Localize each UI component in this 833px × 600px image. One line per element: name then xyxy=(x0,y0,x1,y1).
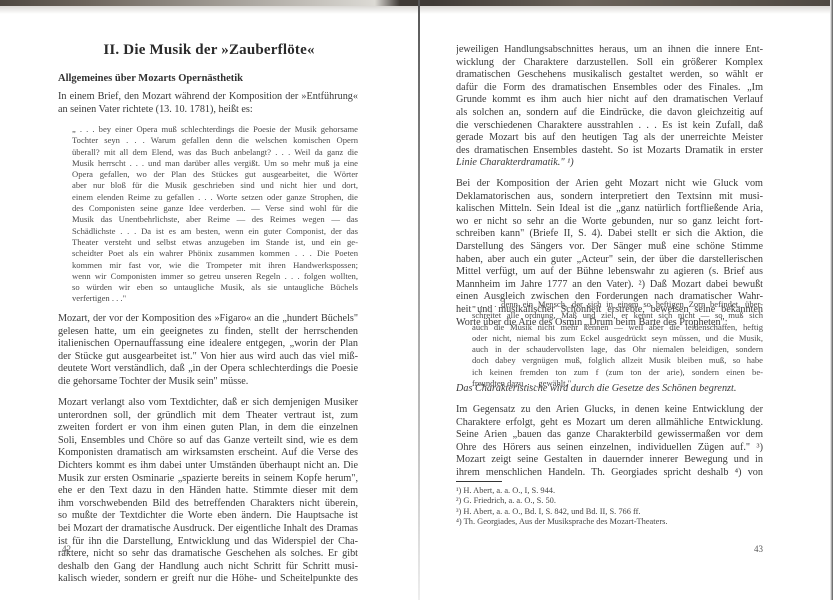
quote-line: Musik herrscht . . . und man darüber all… xyxy=(72,158,358,169)
quote-line: oder nicht, niemal bis zum Eckel ausgedr… xyxy=(472,333,763,344)
quote-line: auch die Musik nicht mehr kennen — weil … xyxy=(472,322,763,333)
quote-line: überall? mit all dem Elend, was das Buch… xyxy=(72,147,358,158)
quote-line: verfertigen . . ." xyxy=(72,293,358,304)
quote-line: Opera gefallen, wo der Plan des Stückes … xyxy=(72,169,358,180)
text-line: dramatischen Geschehens musikalisch gest… xyxy=(456,69,763,82)
footnote: ⁴) Th. Georgiades, Aus der Musiksprache … xyxy=(456,517,763,527)
text-line: kalisch wieder, sondern er greift nur di… xyxy=(58,573,358,586)
quote-line: kommen mir fast vor, wie die Trompeter m… xyxy=(72,260,358,271)
text-line: Mozart zeigt seine Gestalten in dauernde… xyxy=(456,454,763,467)
text-line: Mozart verlangt also vom Textdichter, da… xyxy=(58,397,358,410)
text-line: des dramatischen Ensembles dasteht. So i… xyxy=(456,145,763,158)
quote-line: doch dabey vergnügen muß, folglich allze… xyxy=(472,355,763,366)
mozart-letter-quote: „ . . . bey einer Opera muß schlechterdi… xyxy=(72,124,358,305)
text-line: ehe er den Text dazu in den Händen hatte… xyxy=(58,485,358,498)
quote-line: des Componisten seine ganze Idee verderb… xyxy=(72,203,358,214)
quote-line: so würden wir eben so untaugliche Musik,… xyxy=(72,282,358,293)
text-line: Bei der Komposition der Arien geht Mozar… xyxy=(456,178,763,191)
text-line: kalischen Mitteln. Sein Ideal ist die „g… xyxy=(456,203,763,216)
page-number: 42 xyxy=(62,544,71,554)
intro-paragraph: In einem Brief, den Mozart während der K… xyxy=(58,91,358,116)
text-line: In einem Brief, den Mozart während der K… xyxy=(58,91,358,104)
text-line: schreiben kann" (Briefe II, S. 4). Dabei… xyxy=(456,228,763,241)
right-page: jeweiligen Handlungsabschnittes heraus, … xyxy=(420,0,830,600)
quote-line: Tochter seyn . . . Warum gefallen denn d… xyxy=(72,135,358,146)
text-line: Deklamatorischen aus, sondern interpreti… xyxy=(456,191,763,204)
text-line: Soli, Ensembles und Chöre so auf das Gan… xyxy=(58,435,358,448)
text-line: Komponisten dramatisch am wirksamsten er… xyxy=(58,447,358,460)
text-line: der Stücke gut ausgearbeitet ist." Von h… xyxy=(58,351,358,364)
text-line: Ohre des Hörers aus seinen einzelnen, in… xyxy=(456,442,763,455)
text-line: ihrem menschlichen Handeln. Th. Georgiad… xyxy=(456,467,763,480)
footnote: ³) H. Abert, a. a. O., Bd. I, S. 842, un… xyxy=(456,507,763,517)
text-line: jeweiligen Handlungsabschnittes heraus, … xyxy=(456,44,763,57)
quote-line: einem elenden Reime zu gefallen . . . Wo… xyxy=(72,192,358,203)
quote-line: Musik das Unentbehrlichste, aber Reime —… xyxy=(72,214,358,225)
text-line: unterordnen soll, der gründlich mit dem … xyxy=(58,410,358,423)
footnote-rule xyxy=(456,481,502,482)
quote-line: schreitet alle ordnung, Maß und ziel, er… xyxy=(472,310,763,321)
chapter-title: II. Die Musik der »Zauberflöte« xyxy=(0,42,418,59)
text-line: Das Charakteristische wird durch die Ges… xyxy=(456,383,763,396)
paragraph-textdichter: Mozart verlangt also vom Textdichter, da… xyxy=(58,397,358,586)
footnote: ¹) H. Abert, a. a. O., I, S. 944. xyxy=(456,486,763,496)
quote-line: Theater versteht und selbst etwas anzuge… xyxy=(72,237,358,248)
text-line: wo er nicht so sehr an die Worte gebunde… xyxy=(456,216,763,229)
paragraph-ensembles: jeweiligen Handlungsabschnittes heraus, … xyxy=(456,44,763,170)
text-line: als solchen an, sondern auf die Eindrück… xyxy=(456,107,763,120)
quote-line: Schädlichste . . . Da ist es am besten, … xyxy=(72,226,358,237)
text-line: Grunde kommt es ihm auch hier nicht auf … xyxy=(456,94,763,107)
text-line: dafür die Form des dramatischen Ensemble… xyxy=(456,82,763,95)
text-line: Seine Arien „bauen das ganze Charakterbi… xyxy=(456,429,763,442)
footnote: ²) G. Friedrich, a. a. O., S. 50. xyxy=(456,496,763,506)
text-line: die gehorsame Tochter der Musik sein" mü… xyxy=(58,376,358,389)
text-line: Darstellung des Sängers vor. Der Sänger … xyxy=(456,241,763,254)
page-number: 43 xyxy=(754,544,763,554)
text-line: italienischen Opernauffassung eine ideal… xyxy=(58,338,358,351)
osmin-quote: „ . . . denn ein Mensch, der sich in ein… xyxy=(472,299,763,389)
section-heading: Allgemeines über Mozarts Opernästhetik xyxy=(58,73,243,84)
text-line: Mannheim im Jahre 1777 an den Vater). ²)… xyxy=(456,279,763,292)
quote-line: ich keinen fremden ton zum f (zum ton de… xyxy=(472,367,763,378)
paragraph-figaro: Mozart, der vor der Komposition des »Fig… xyxy=(58,313,358,389)
text-line: Mozart, der vor der Komposition des »Fig… xyxy=(58,313,358,326)
text-line: gelesen hatte, um ein geeignetes zu find… xyxy=(58,326,358,339)
text-line: an seinen Vater richtete (13. 10. 1781),… xyxy=(58,104,358,117)
paragraph-gluck: Im Gegensatz zu den Arien Glucks, in den… xyxy=(456,404,763,480)
text-line: ist für ihn die Darstellung, Entwicklung… xyxy=(58,536,358,549)
text-line: Linie Charakterdramatik." ¹) xyxy=(456,157,763,170)
quote-line: auch in der schaudervollsten lage, das O… xyxy=(472,344,763,355)
left-page: II. Die Musik der »Zauberflöte« Allgemei… xyxy=(0,0,418,600)
text-line: deshalb den Gang der Handlung auch nicht… xyxy=(58,561,358,574)
text-line: die verschiedenen Charaktere ausstrahlen… xyxy=(456,120,763,133)
quote-line: „ . . . bey einer Opera muß schlechterdi… xyxy=(72,124,358,135)
text-line: wicklung der Charaktere darzustellen. So… xyxy=(456,57,763,70)
text-line: haben, aber auch ein guter „Acteur" sein… xyxy=(456,254,763,267)
text-line: Mittel verfügt, um auf der Bühne lebensw… xyxy=(456,266,763,279)
quote-line: aber nur bloß für die Musik geschrieben … xyxy=(72,180,358,191)
italic-statement: Das Charakteristische wird durch die Ges… xyxy=(456,383,763,396)
text-line: bei Mozart der dramatische Ausdruck. Der… xyxy=(58,523,358,536)
quote-line: scheidter Poet als ein wahrer Phönix zus… xyxy=(72,248,358,259)
text-line: zweiten fordert er von ihm einen guten P… xyxy=(58,422,358,435)
text-line: ihm vorschwebenden Bild des betreffenden… xyxy=(58,498,358,511)
text-line: Musik zur ersten Osminarie „spazierte be… xyxy=(58,473,358,486)
footnotes: ¹) H. Abert, a. a. O., I, S. 944. ²) G. … xyxy=(456,486,763,528)
text-line: raktere, nicht so sehr das dramatische G… xyxy=(58,548,358,561)
text-line: Charaktere erfolgt, geht es Mozart um de… xyxy=(456,417,763,430)
text-line: so mußte der Textdichter die Worte eben … xyxy=(58,510,358,523)
text-line: Dichters kommt es ihm dabei unter Umstän… xyxy=(58,460,358,473)
text-line: Im Gegensatz zu den Arien Glucks, in den… xyxy=(456,404,763,417)
text-line: gerade Mozart bis auf den heutigen Tag a… xyxy=(456,132,763,145)
quote-line: wenn wir Componisten immer so getreu uns… xyxy=(72,271,358,282)
quote-line: „ . . . denn ein Mensch, der sich in ein… xyxy=(472,299,763,310)
text-line: deutete Wort verständlich, daß „in der O… xyxy=(58,363,358,376)
